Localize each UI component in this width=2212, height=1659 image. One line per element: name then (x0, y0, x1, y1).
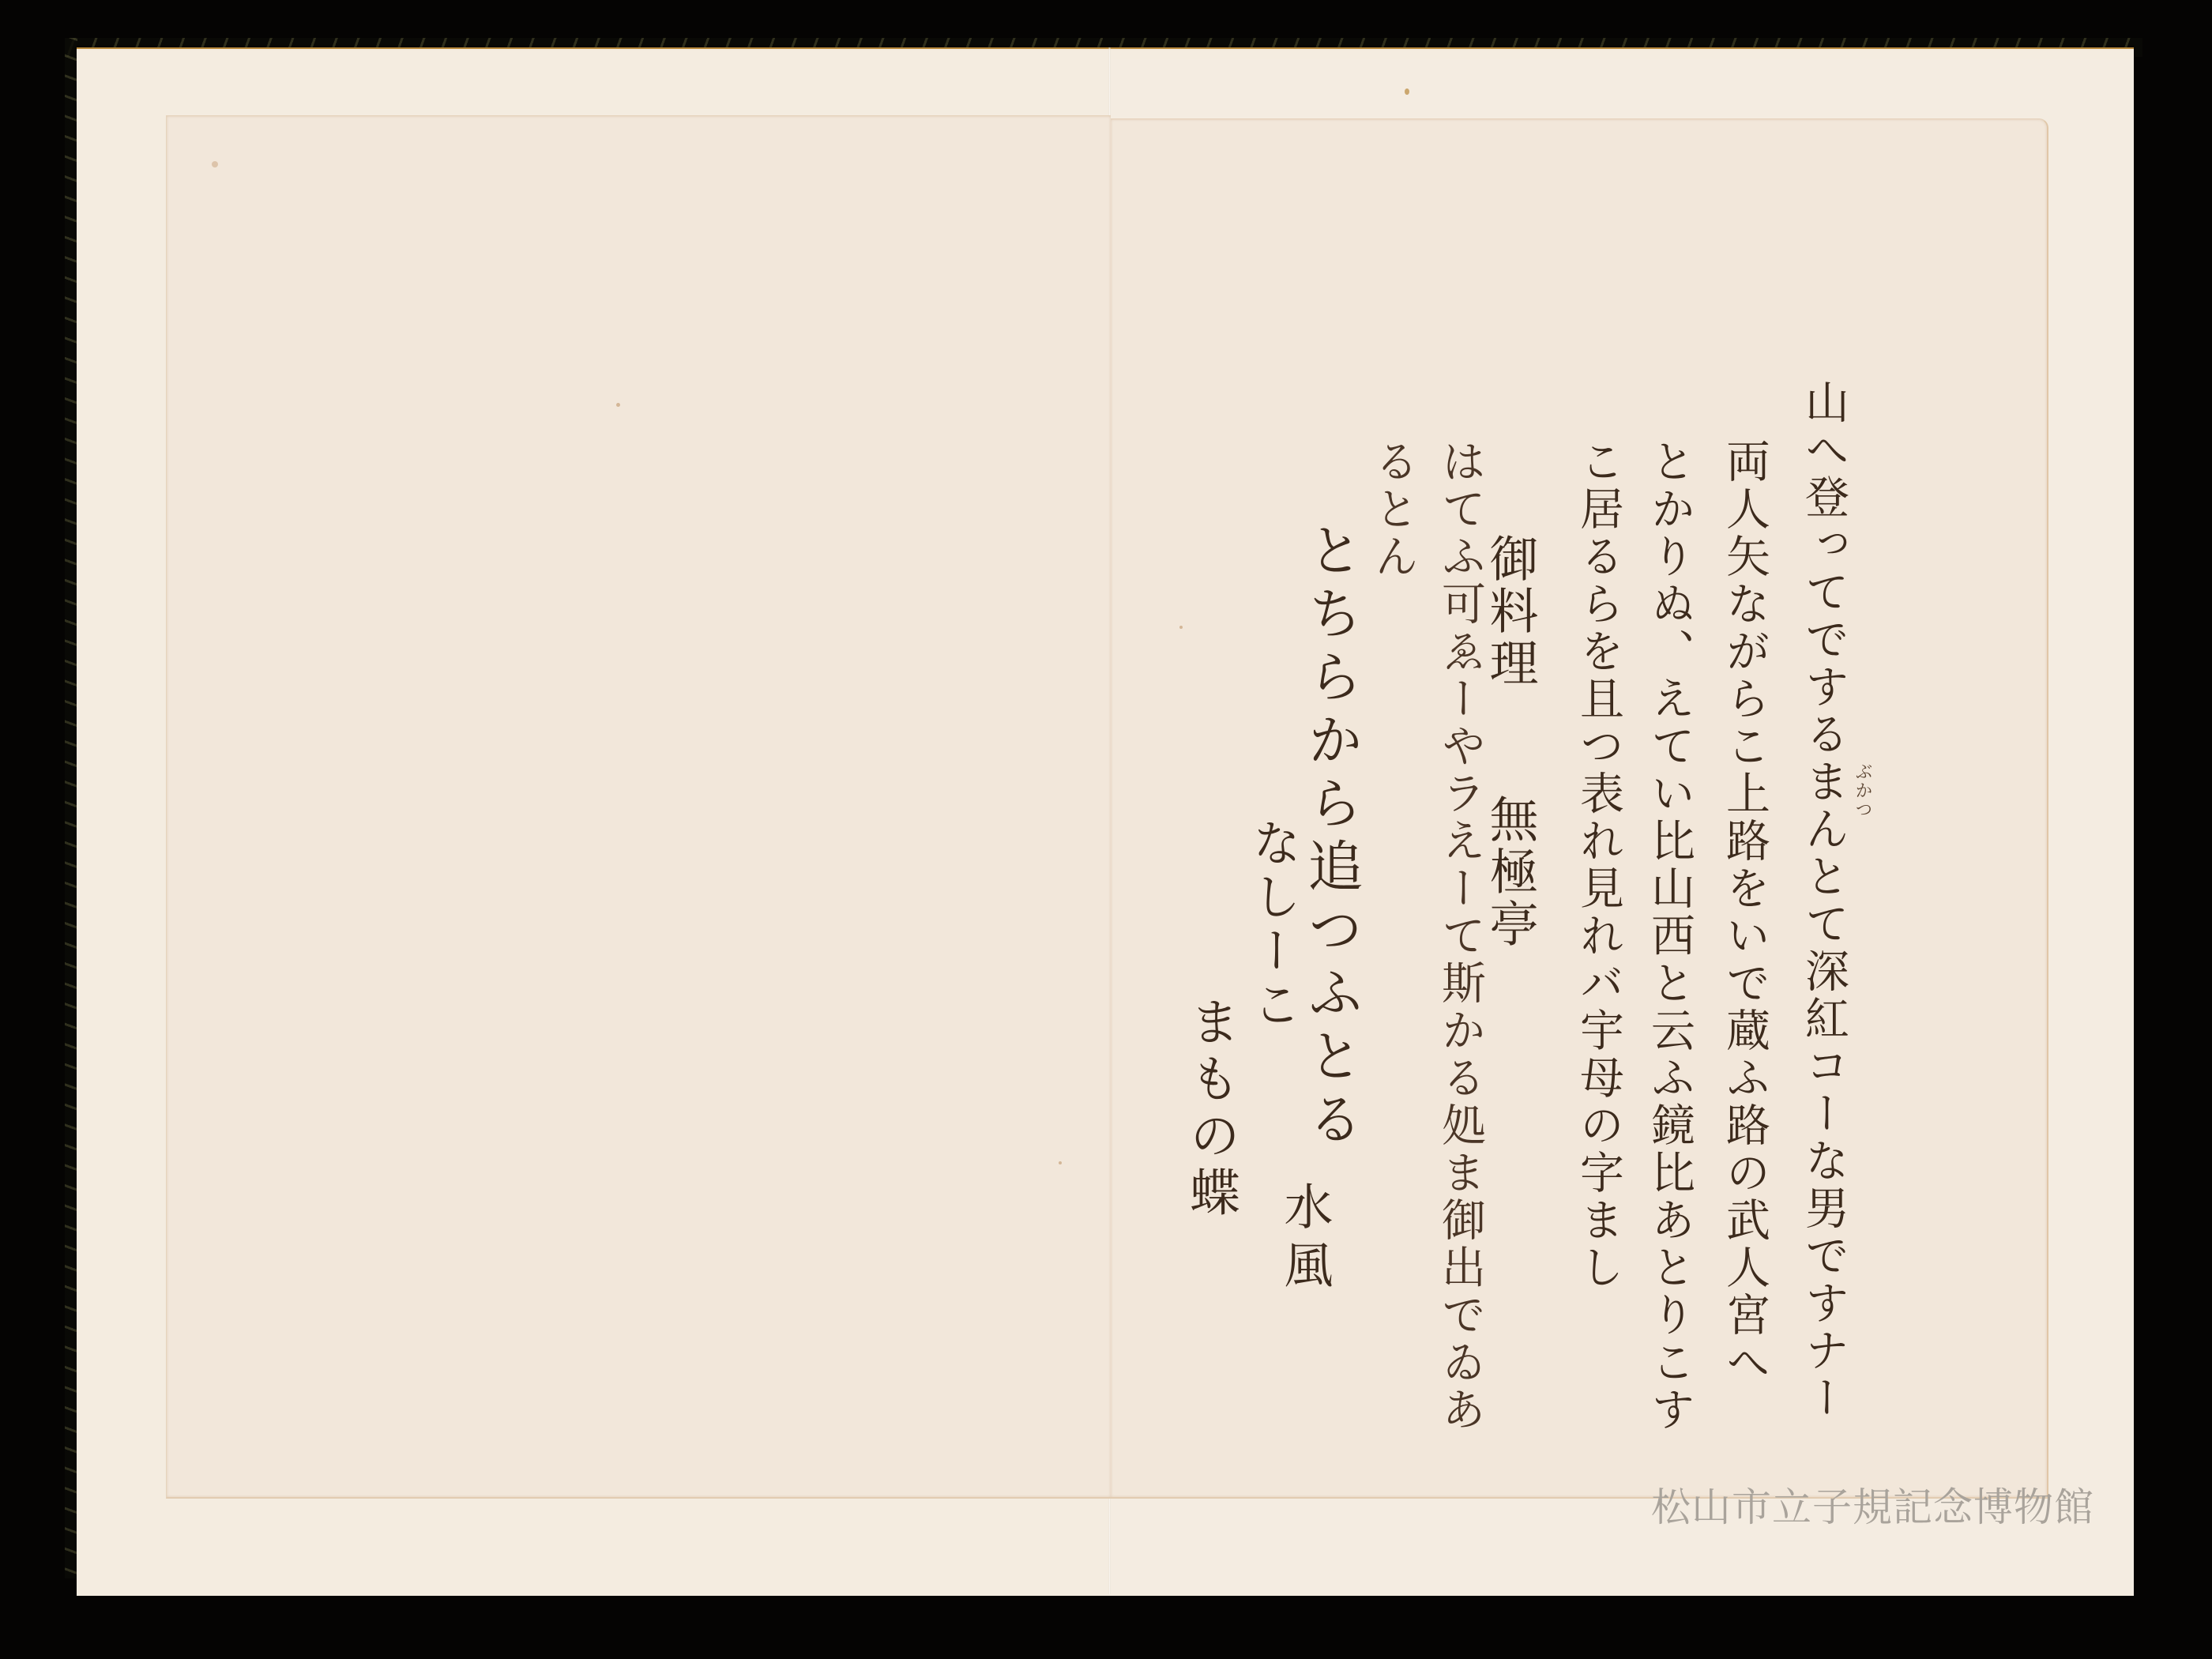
paper-stain (1405, 88, 1409, 95)
signature: 水風 (1280, 1181, 1329, 1298)
letter-column-3: とかりぬ、えてい比山西と云ふ鏡比あとりこす (1647, 438, 1691, 1434)
handwritten-letter: 山へ登ってでするまんとて深紅コーな男ですナー ぶかつ 両人矢ながらこ上路をいで蔵… (1169, 363, 1864, 1406)
letter-column-8: とちらから追つふとる (1303, 521, 1359, 1153)
letter-column-9: なしーこ (1248, 818, 1297, 1033)
paper-stain (1059, 1161, 1062, 1164)
letter-column-2: 両人矢ながらこ上路をいで蔵ふ路の武人宮へ (1722, 438, 1766, 1386)
paper-stain (212, 161, 218, 167)
letter-column-5: 御料理 無極亭 (1485, 533, 1534, 950)
letter-column-10: まもの蝶 (1185, 995, 1236, 1223)
furigana: ぶかつ (1850, 762, 1875, 819)
letter-page-left (166, 115, 1111, 1499)
letter-column-6: はてふ可ゑーやラえーて斯かる処ま御出でゐあ (1438, 438, 1482, 1434)
brocade-edge-left (65, 38, 77, 1578)
museum-watermark: 松山市立子規記念博物館 (1651, 1488, 2094, 1527)
letter-column-4: こ居るらを且つ表れ見れバ宇母の字まし (1576, 438, 1620, 1292)
letter-column-1: 山へ登ってでするまんとて深紅コーな男ですナー (1801, 379, 1845, 1422)
paper-stain (616, 403, 620, 407)
letter-column-7: るとん (1371, 438, 1415, 581)
